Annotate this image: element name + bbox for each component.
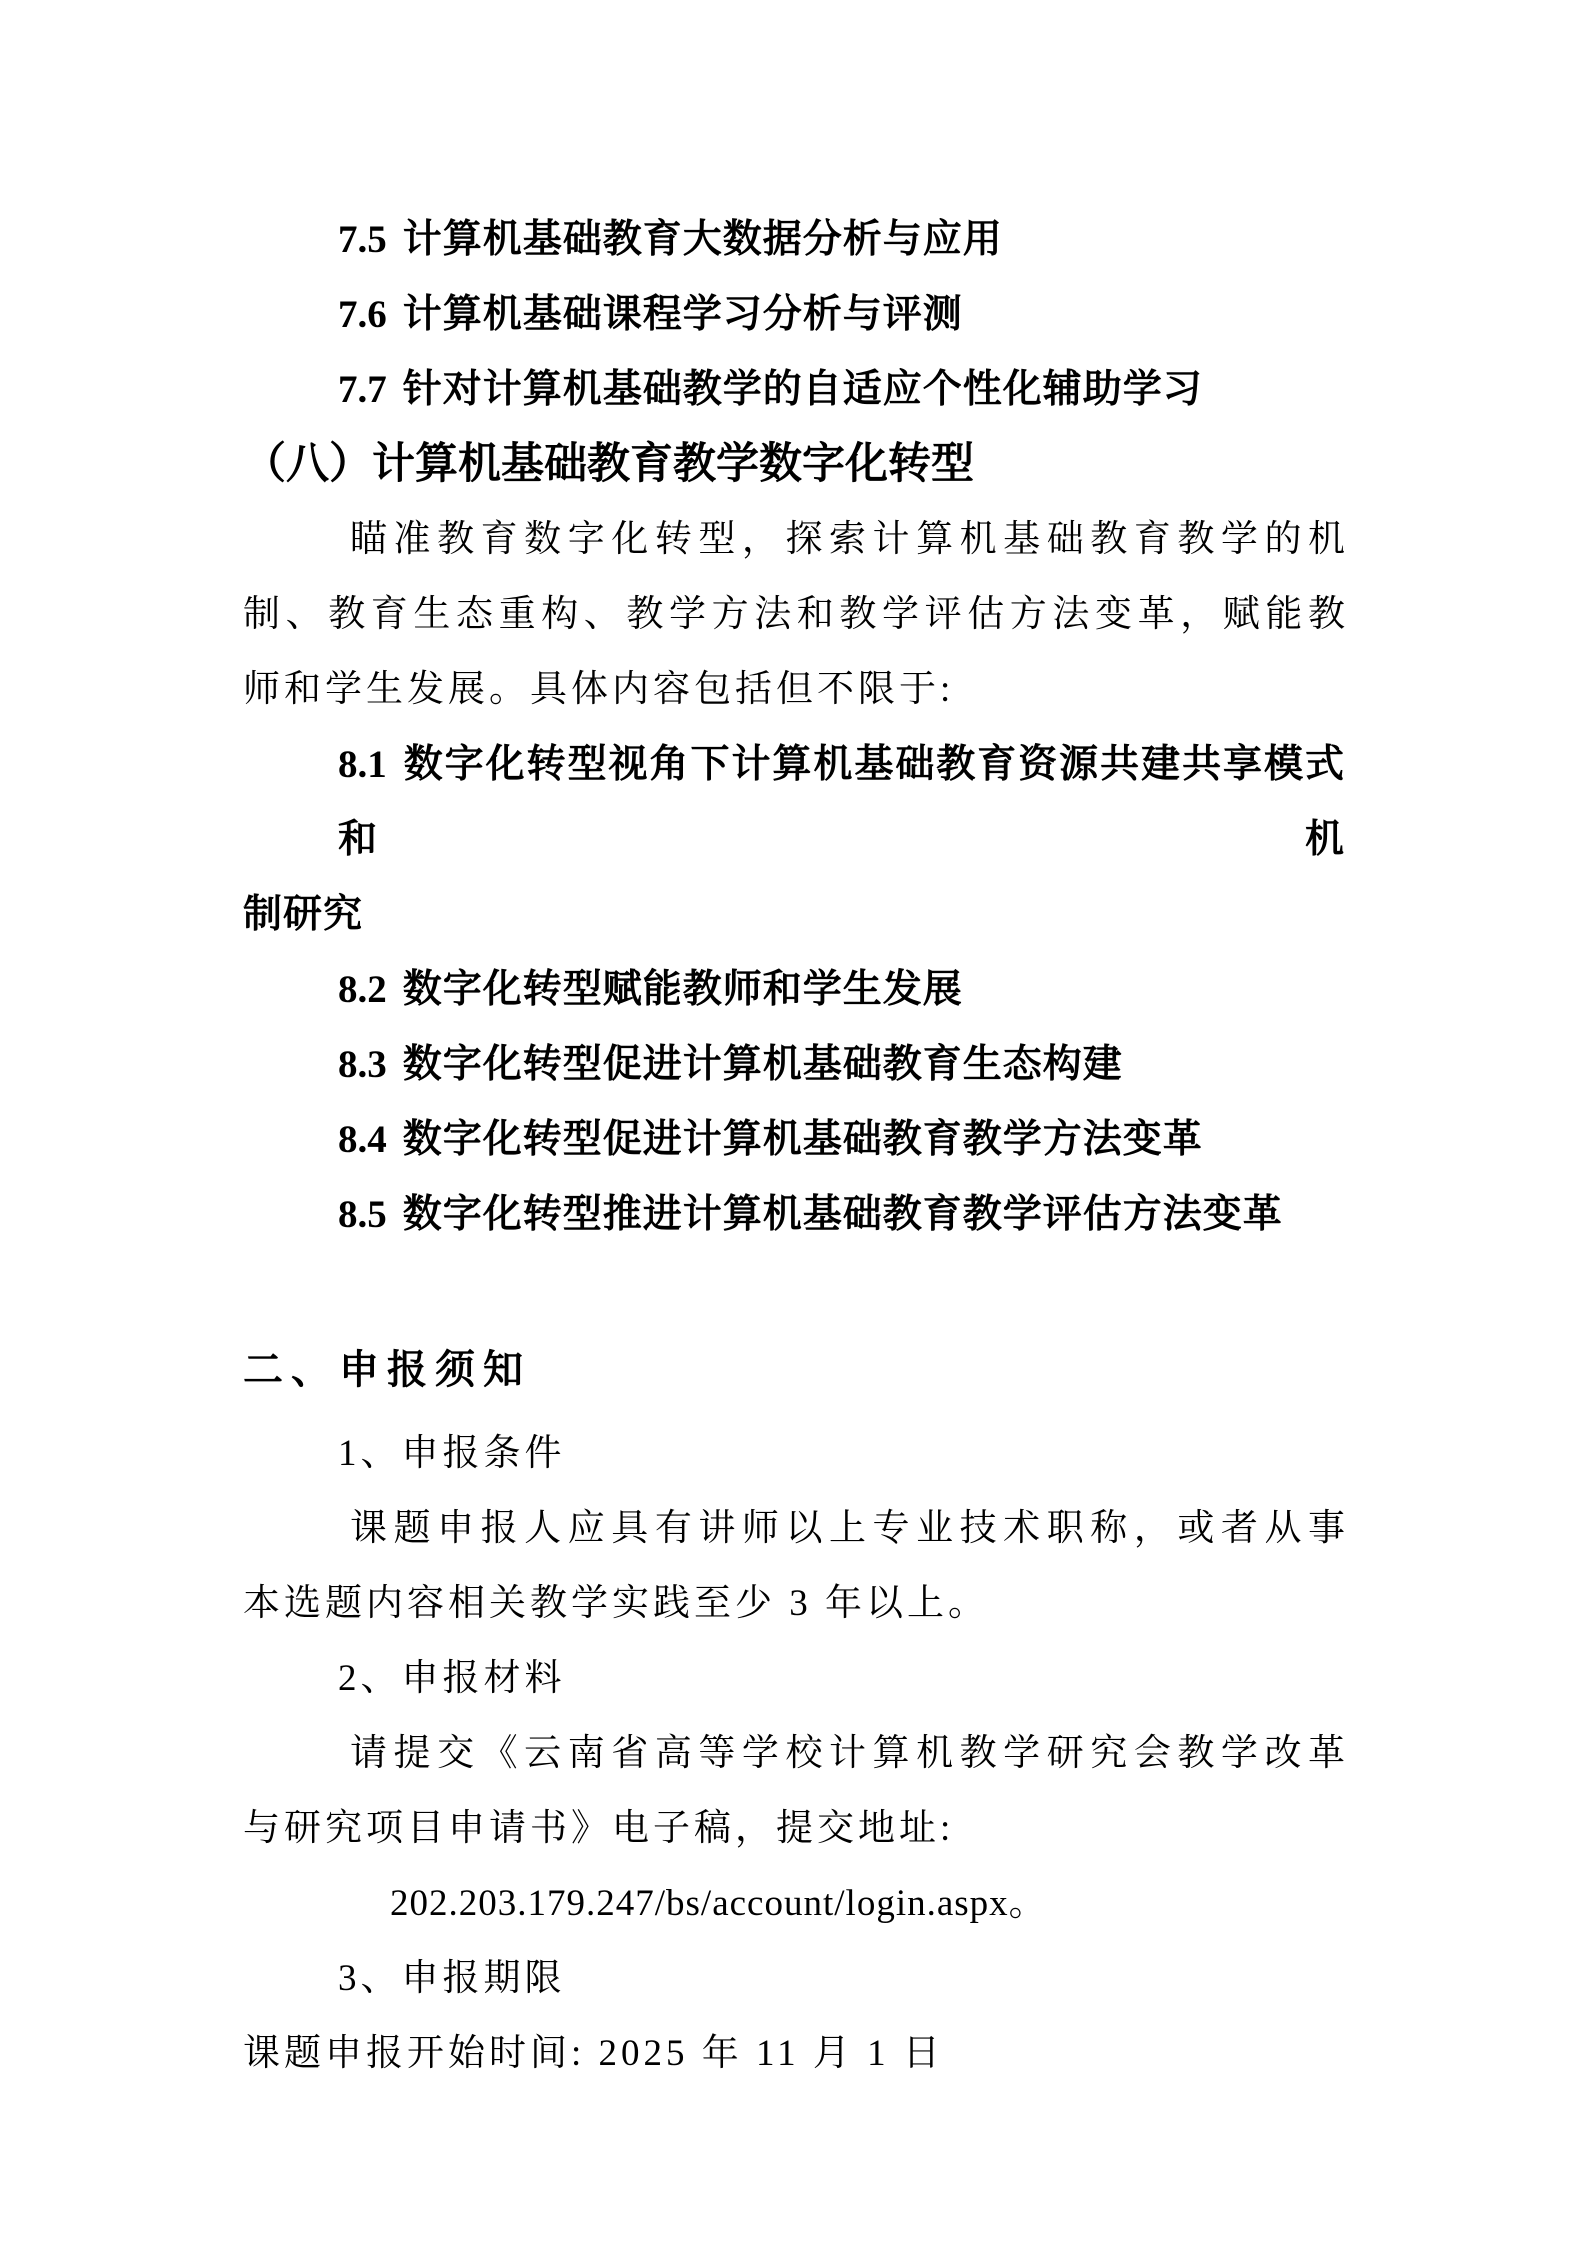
topic-item-8-2: 8.2数字化转型赋能教师和学生发展 <box>243 952 1345 1027</box>
topic-item-8-4: 8.4数字化转型促进计算机基础教育教学方法变革 <box>243 1102 1345 1177</box>
document-page: 7.5计算机基础教育大数据分析与应用 7.6计算机基础课程学习分析与评测 7.7… <box>0 0 1588 2245</box>
notice-sub-1-title: 1、申报条件 <box>243 1416 1345 1491</box>
topic-item-number: 7.5 <box>338 218 387 261</box>
topic-item-number: 8.2 <box>338 968 387 1011</box>
topic-item-8-1-continuation: 制研究 <box>243 877 1345 952</box>
topic-item-label: 数字化转型促进计算机基础教育生态构建 <box>403 1043 1123 1086</box>
topic-item-7-5: 7.5计算机基础教育大数据分析与应用 <box>243 202 1345 277</box>
topic-item-label: 数字化转型赋能教师和学生发展 <box>403 968 963 1011</box>
topic-item-8-5: 8.5数字化转型推进计算机基础教育教学评估方法变革 <box>243 1177 1345 1252</box>
topic-item-8-3: 8.3数字化转型促进计算机基础教育生态构建 <box>243 1027 1345 1102</box>
blank-line <box>243 1252 1345 1327</box>
section-8-intro-line-3: 师和学生发展。具体内容包括但不限于: <box>243 652 1345 727</box>
topic-item-label: 数字化转型推进计算机基础教育教学评估方法变革 <box>403 1193 1283 1236</box>
submission-url: 202.203.179.247/bs/account/login.aspx。 <box>243 1866 1345 1941</box>
topic-item-number: 8.5 <box>338 1193 387 1236</box>
topic-item-7-6: 7.6计算机基础课程学习分析与评测 <box>243 277 1345 352</box>
notice-sub-3-body-line-1: 课题申报开始时间: 2025 年 11 月 1 日 <box>243 2016 1345 2091</box>
topic-item-number: 8.1 <box>338 743 387 786</box>
section-8-intro-line-1: 瞄准教育数字化转型，探索计算机基础教育教学的机 <box>243 502 1345 577</box>
notice-sub-1-body-line-1: 课题申报人应具有讲师以上专业技术职称，或者从事 <box>243 1491 1345 1566</box>
topic-item-number: 8.3 <box>338 1043 387 1086</box>
notice-sub-2-body-line-2: 与研究项目申请书》电子稿，提交地址: <box>243 1791 1345 1866</box>
topic-item-label: 数字化转型促进计算机基础教育教学方法变革 <box>403 1118 1203 1161</box>
topic-item-number: 8.4 <box>338 1118 387 1161</box>
topic-item-8-1: 8.1数字化转型视角下计算机基础教育资源共建共享模式和机 <box>243 727 1345 877</box>
notice-sub-2-title: 2、申报材料 <box>243 1641 1345 1716</box>
document-content: 7.5计算机基础教育大数据分析与应用 7.6计算机基础课程学习分析与评测 7.7… <box>243 202 1345 2091</box>
section-8-heading: （八）计算机基础教育教学数字化转型 <box>243 427 1345 502</box>
topic-item-label: 数字化转型视角下计算机基础教育资源共建共享模式和机 <box>338 743 1345 861</box>
section-8-intro-line-2: 制、教育生态重构、教学方法和教学评估方法变革，赋能教 <box>243 577 1345 652</box>
topic-item-label: 计算机基础课程学习分析与评测 <box>403 293 963 336</box>
topic-item-label: 计算机基础教育大数据分析与应用 <box>403 218 1003 261</box>
notice-sub-3-title: 3、申报期限 <box>243 1941 1345 2016</box>
topic-item-number: 7.6 <box>338 293 387 336</box>
notice-sub-1-body-line-2: 本选题内容相关教学实践至少 3 年以上。 <box>243 1566 1345 1641</box>
topic-item-7-7: 7.7针对计算机基础教学的自适应个性化辅助学习 <box>243 352 1345 427</box>
topic-item-number: 7.7 <box>338 368 387 411</box>
topic-item-label: 针对计算机基础教学的自适应个性化辅助学习 <box>403 368 1203 411</box>
notice-sub-2-body-line-1: 请提交《云南省高等学校计算机教学研究会教学改革 <box>243 1716 1345 1791</box>
notice-section-heading: 二、申报须知 <box>243 1333 1345 1408</box>
